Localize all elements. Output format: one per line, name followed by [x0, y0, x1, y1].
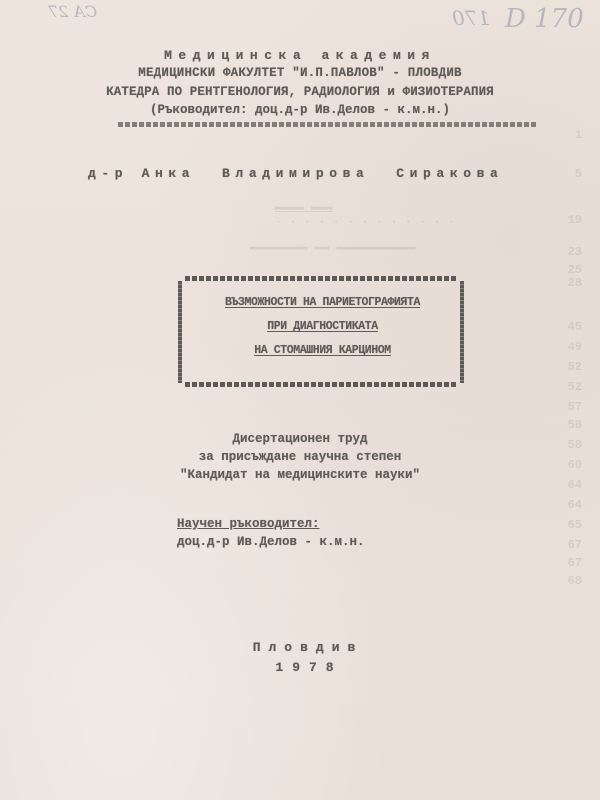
department-name: КАТЕДРА ПО РЕНТГЕНОЛОГИЯ, РАДИОЛОГИЯ и Ф… — [0, 85, 600, 99]
handwritten-note-right: D 170 — [505, 4, 584, 34]
degree-purpose: за присъждане научна степен — [0, 450, 600, 464]
bleed-through-page-number: 67 — [552, 556, 582, 570]
city: Пловдив — [0, 640, 600, 655]
bleed-through-page-number: 49 — [552, 340, 582, 354]
handwritten-note-left: CA 27 — [48, 2, 97, 21]
document-page: CA 27 170 D 170 151923252845495252575858… — [0, 0, 600, 800]
bleed-through-page-number: 1 — [552, 128, 582, 142]
title-frame-bottom — [185, 382, 457, 387]
bleed-through-page-number: 58 — [552, 418, 582, 432]
bleed-through-page-number: 67 — [552, 538, 582, 552]
bleed-through-page-number: 25 — [552, 263, 582, 277]
dissertation-type: Дисертационен труд — [0, 432, 600, 446]
bleed-through-page-number: 52 — [552, 380, 582, 394]
dissertation-title-line-1: ВЪЗМОЖНОСТИ НА ПАРИЕТОГРАФИЯТА — [185, 296, 460, 309]
bleed-through-page-number: 57 — [552, 400, 582, 414]
bleed-through-page-number: 5 — [552, 167, 582, 181]
bleed-through-page-number: 52 — [552, 360, 582, 374]
supervisor-label: Научен ръководител: — [177, 517, 320, 531]
header-rule — [118, 122, 538, 127]
dissertation-title-line-3: НА СТОМАШНИЯ КАРЦИНОМ — [185, 344, 460, 357]
bleed-through-page-number: 28 — [552, 276, 582, 290]
bleed-through-page-number: 45 — [552, 320, 582, 334]
bleed-through-page-number: 19 — [552, 213, 582, 227]
department-head: (Ръководител: доц.д-р Ив.Делов - к.м.н.) — [0, 103, 600, 117]
bleed-through-dots: · · · · · · · · · · · · · — [275, 215, 455, 229]
bleed-through-page-number: 68 — [552, 574, 582, 588]
faculty-name: МЕДИЦИНСКИ ФАКУЛТЕТ "И.П.ПАВЛОВ" - ПЛОВД… — [0, 66, 600, 80]
bleed-through-text: ▬▬▬▬ ▬▬▬ — [275, 200, 333, 214]
bleed-through-text: ▬▬▬▬▬▬▬▬ ▬▬ ▬▬▬▬▬▬▬▬▬▬▬ — [250, 240, 416, 254]
bleed-through-page-number: 65 — [552, 518, 582, 532]
bleed-through-page-number: 64 — [552, 498, 582, 512]
title-frame-top — [185, 276, 457, 281]
dissertation-title-line-2: ПРИ ДИАГНОСТИКАТА — [185, 320, 460, 333]
supervisor-name: доц.д-р Ив.Делов - к.м.н. — [177, 535, 365, 549]
degree-name: "Кандидат на медицинските науки" — [0, 468, 600, 482]
year: 1978 — [0, 660, 600, 675]
title-frame-right — [460, 281, 464, 383]
bleed-through-page-number: 23 — [552, 245, 582, 259]
academy-name: Медицинска академия — [0, 48, 600, 63]
title-frame-left — [178, 281, 182, 383]
handwritten-note-mirror: 170 — [452, 6, 490, 30]
author-name: д-р Анка Владимирова Сиракова — [88, 166, 503, 181]
